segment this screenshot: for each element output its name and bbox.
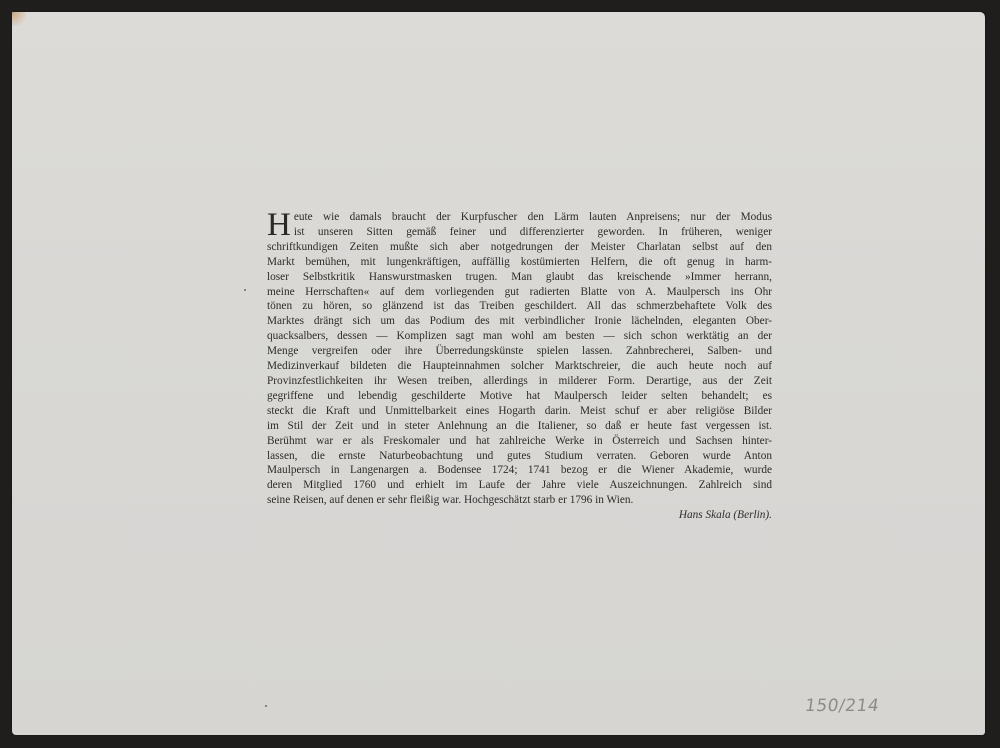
text-line: Marktes drängt sich um das Podium des mi… [267,314,772,329]
paper-sheet: H eute wie damals braucht der Kurpfusche… [12,12,985,735]
text-line: Medizinverkauf bildeten die Haupteinnahm… [267,359,772,374]
text-line: Berühmt war er als Freskomaler und hat z… [267,434,772,449]
text-line: Markt bemühen, mit lungenkräftigen, auff… [267,255,772,270]
text-line: Menge vergreifen oder ihre Überredungskü… [267,344,772,359]
dropcap-initial: H [267,212,291,239]
text-line: seine Reisen, auf denen er sehr fleißig … [267,493,772,508]
text-line: lassen, die ernste Naturbeobachtung und … [267,449,772,464]
paper-speck [265,705,267,707]
text-line: im Stil der Zeit und in steter Anlehnung… [267,419,772,434]
text-line: deren Mitglied 1760 und erhielt im Laufe… [267,478,772,493]
handwritten-inventory-number: 150/214 [804,696,881,716]
text-line: steckt die Kraft und Unmittelbarkeit ein… [267,404,772,419]
text-line: meine Herrschaften« auf dem vorliegenden… [267,285,772,300]
text-line: ist unseren Sitten gemäß feiner und diff… [267,225,772,240]
text-line: Maulpersch in Langenargen a. Bodensee 17… [267,463,772,478]
paper-speck [244,289,246,291]
text-line: gegriffene und lebendig geschilderte Mot… [267,389,772,404]
text-line: quacksalbers, dessen — Komplizen sagt ma… [267,329,772,344]
text-line: Provinzfestlichkeiten ihr Wesen treiben,… [267,374,772,389]
text-line: eute wie damals braucht der Kurpfuscher … [267,210,772,225]
article-text: H eute wie damals braucht der Kurpfusche… [267,210,772,523]
text-line: schriftkundigen Zeiten mußte sich aber n… [267,240,772,255]
author-signature: Hans Skala (Berlin). [267,508,772,523]
text-line: loser Selbstkritik Hanswurstmasken truge… [267,270,772,285]
text-line: tönen zu hören, so glänzend ist das Trei… [267,299,772,314]
